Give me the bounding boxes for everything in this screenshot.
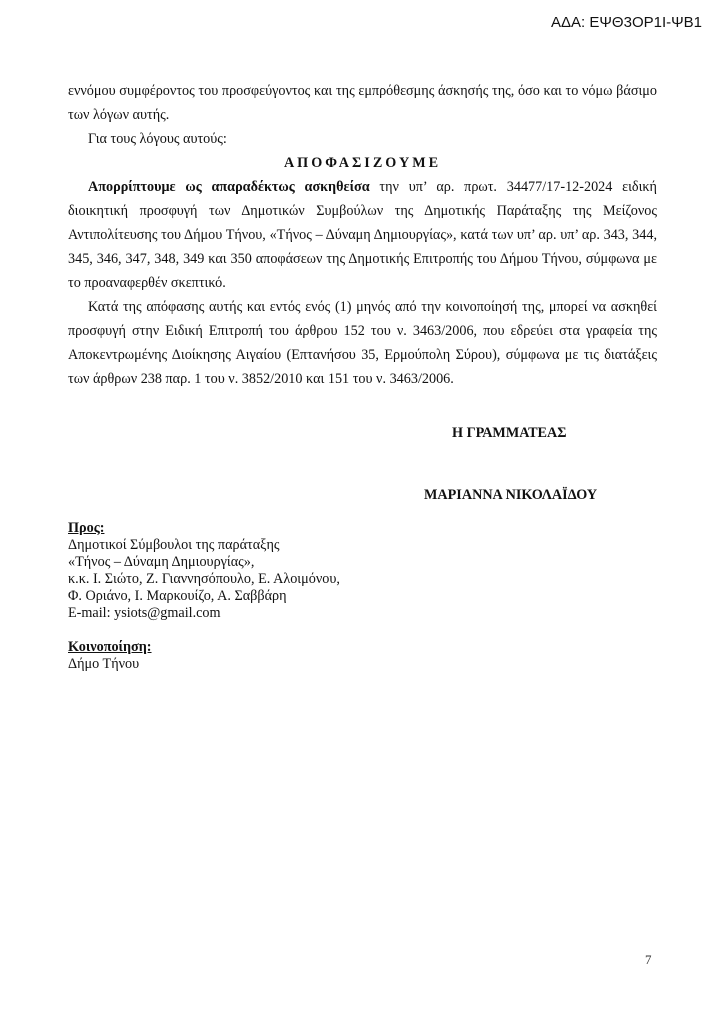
cc-label: Κοινοποίηση: — [68, 639, 340, 656]
document-body: εννόμου συμφέροντος του προσφεύγοντος κα… — [68, 79, 657, 391]
decision-bold-text: Απορρίπτουμε ως απαραδέκτως ασκηθείσα — [88, 179, 370, 195]
appeal-paragraph: Κατά της απόφασης αυτής και εντός ενός (… — [68, 295, 657, 391]
page-number: 7 — [645, 952, 652, 968]
decision-heading: ΑΠΟΦΑΣΙΖΟΥΜΕ — [68, 151, 657, 175]
to-email: E-mail: ysiots@gmail.com — [68, 605, 340, 622]
decision-paragraph: Απορρίπτουμε ως απαραδέκτως ασκηθείσα τη… — [68, 175, 657, 295]
to-label: Προς: — [68, 520, 340, 537]
ada-identifier: ΑΔΑ: ΕΨΘ3ΟΡ1Ι-ΨΒ1 — [551, 14, 702, 31]
decision-text: την υπ’ αρ. πρωτ. 34477/17-12-2024 ειδικ… — [68, 179, 657, 291]
to-line: κ.κ. Ι. Σιώτο, Ζ. Γιαννησόπουλο, Ε. Αλοι… — [68, 571, 340, 588]
to-line: «Τήνος – Δύναμη Δημιουργίας», — [68, 554, 340, 571]
cc-line: Δήμο Τήνου — [68, 656, 340, 673]
paragraph-reasons: Για τους λόγους αυτούς: — [68, 127, 657, 151]
signature-role: Η ΓΡΑΜΜΑΤΕΑΣ — [452, 425, 567, 442]
paragraph-continuation: εννόμου συμφέροντος του προσφεύγοντος κα… — [68, 79, 657, 127]
signature-name: ΜΑΡΙΑΝΝΑ ΝΙΚΟΛΑΪΔΟΥ — [424, 487, 597, 504]
to-line: Φ. Οριάνο, Ι. Μαρκουίζο, Α. Σαββάρη — [68, 588, 340, 605]
to-line: Δημοτικοί Σύμβουλοι της παράταξης — [68, 537, 340, 554]
recipients-block: Προς: Δημοτικοί Σύμβουλοι της παράταξης … — [68, 520, 340, 673]
